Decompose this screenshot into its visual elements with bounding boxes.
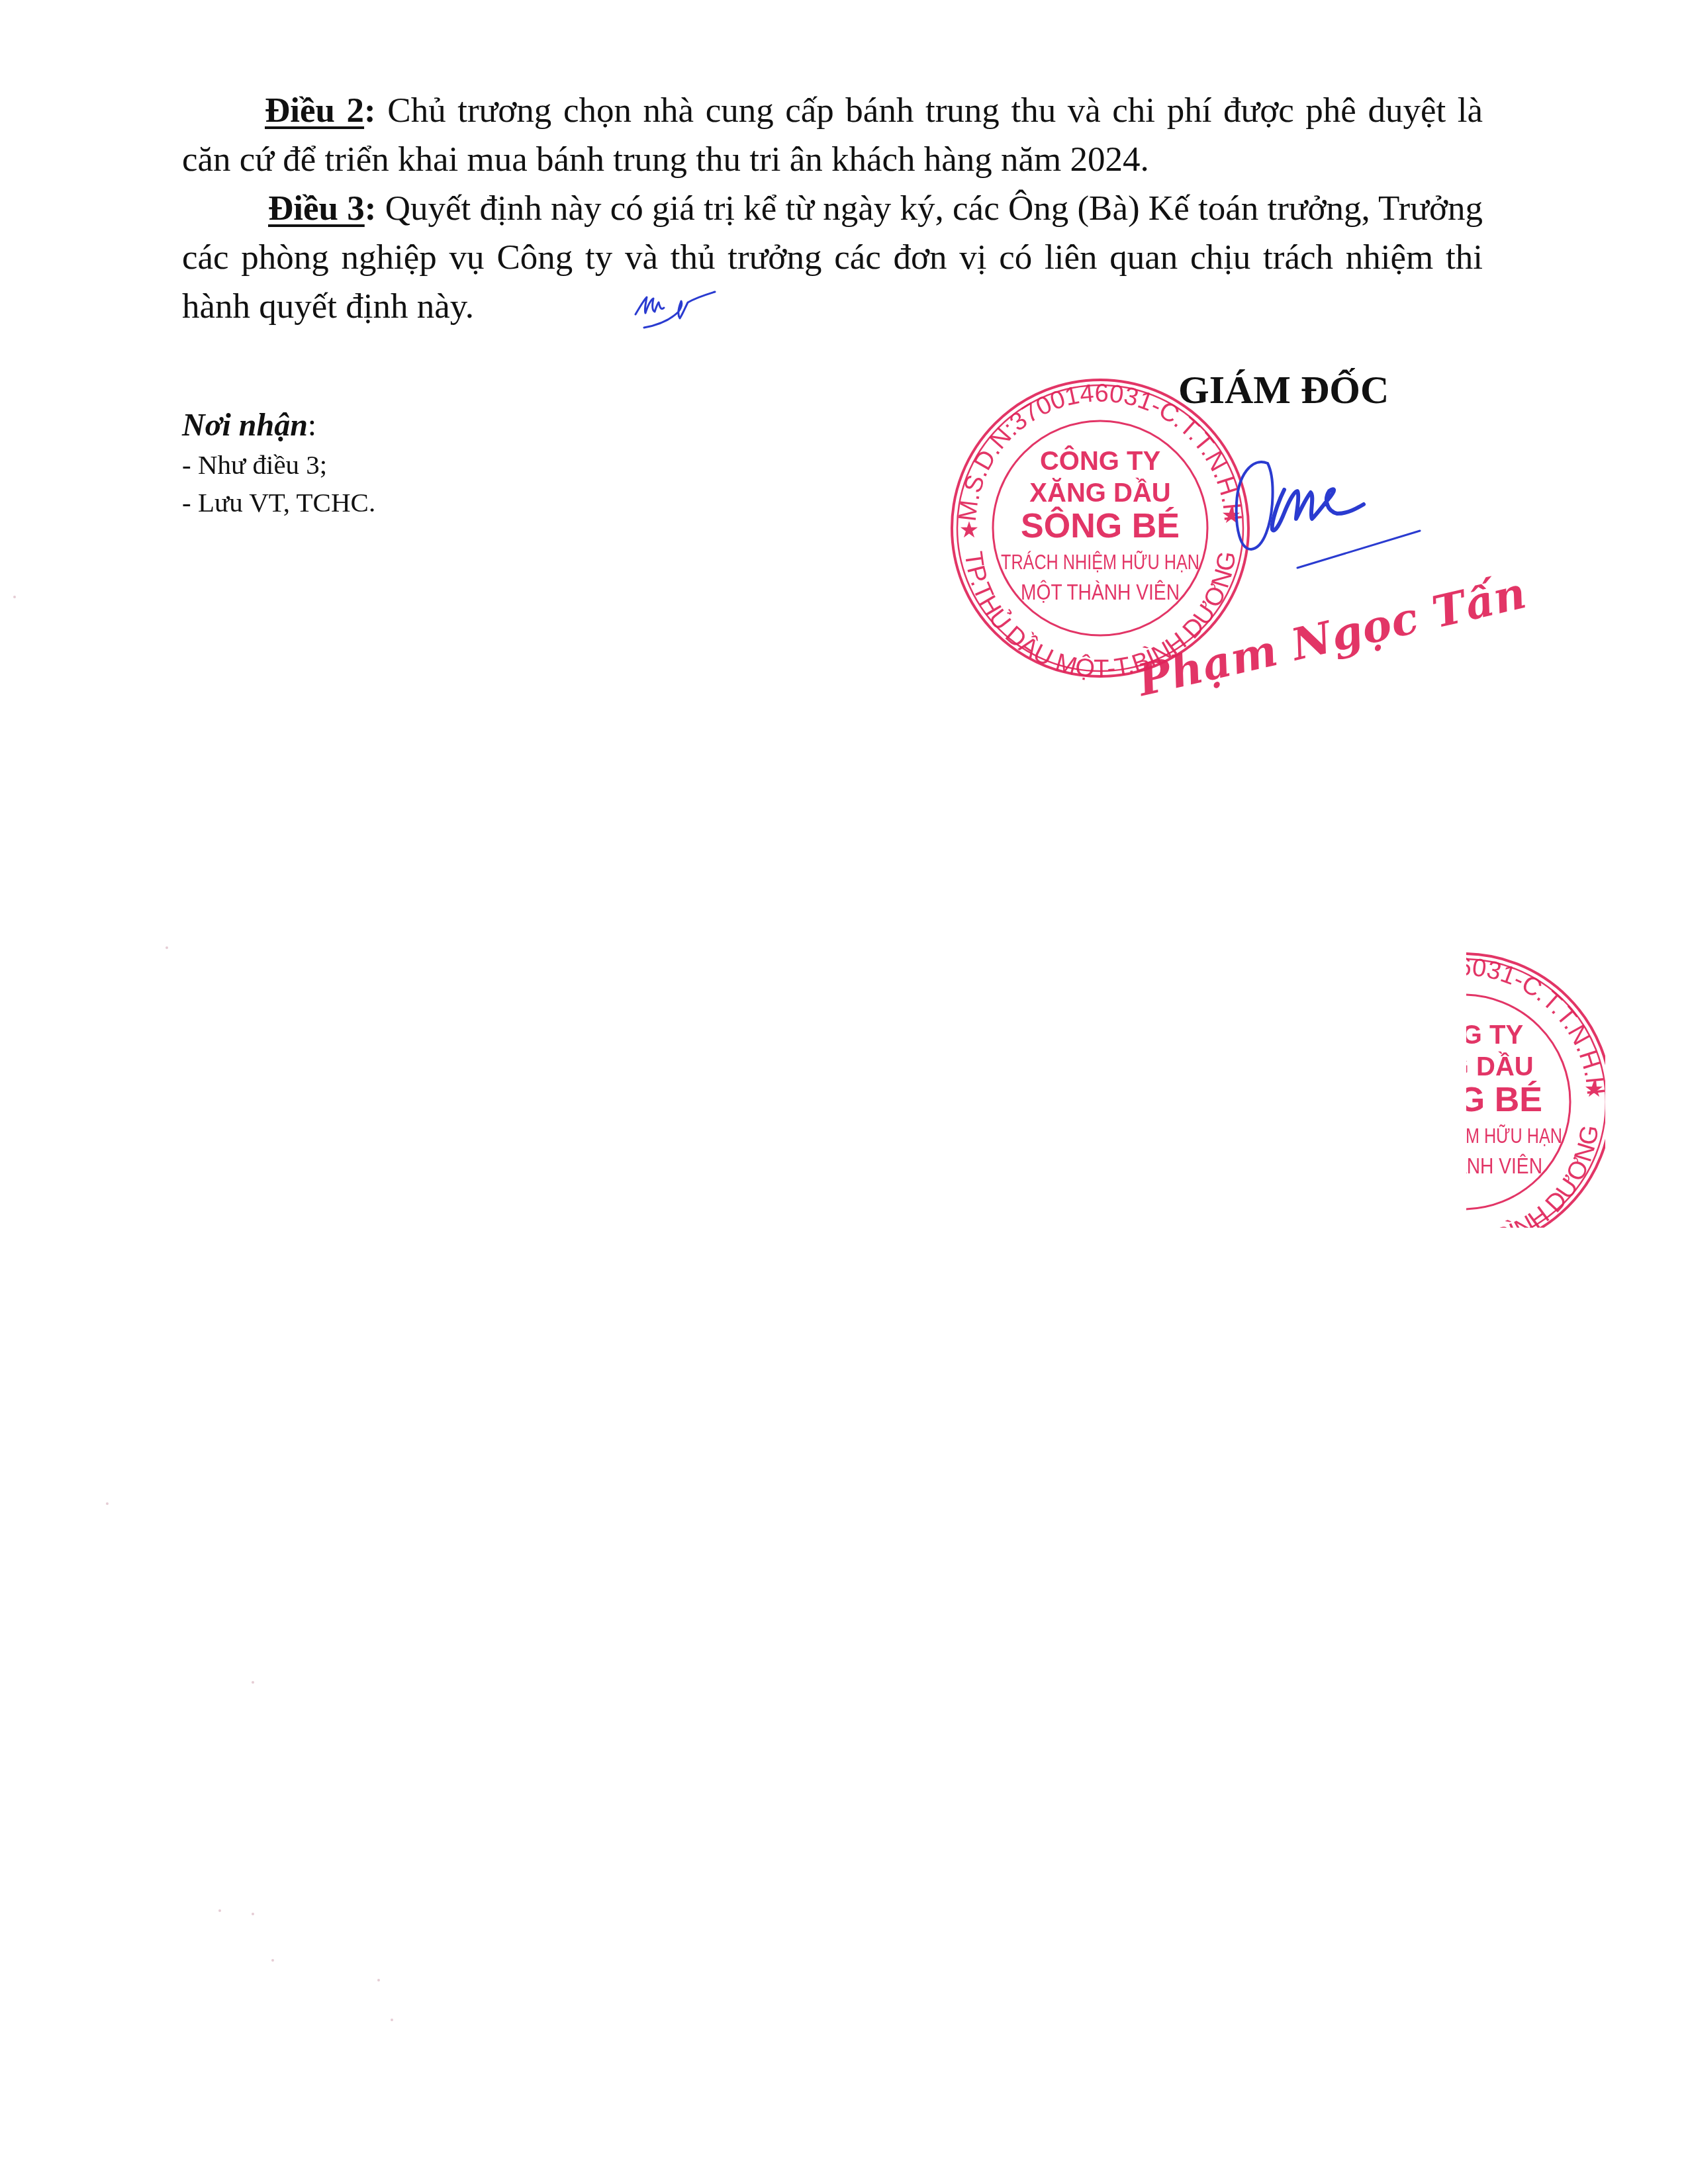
- scan-speck: [13, 596, 16, 598]
- article-3: Điều 3: Quyết định này có giá trị kể từ …: [182, 184, 1483, 331]
- svg-text:XĂNG DẦU: XĂNG DẦU: [1029, 477, 1170, 508]
- recipients-title: Nơi nhận:: [182, 405, 375, 446]
- article-3-label: Điều 3: [268, 189, 365, 228]
- recipients-block: Nơi nhận: - Như điều 3; - Lưu VT, TCHC.: [182, 405, 375, 522]
- director-signature: [1231, 450, 1423, 576]
- handwritten-initials: [632, 288, 728, 341]
- seam-stamp-partial: M.S.D.N:3700146031-C.T.T.N.H.H TP.THỦ DẦ…: [1466, 950, 1605, 1228]
- article-2-label: Điều 2: [265, 91, 364, 130]
- scan-speck: [377, 1979, 380, 1981]
- article-3-text: Quyết định này có giá trị kể từ ngày ký,…: [182, 189, 1483, 326]
- article-2: Điều 2: Chủ trương chọn nhà cung cấp bán…: [182, 86, 1483, 184]
- svg-text:TRÁCH NHIỆM HỮU HẠN: TRÁCH NHIỆM HỮU HẠN: [1466, 1124, 1562, 1148]
- svg-text:XĂNG DẦU: XĂNG DẦU: [1466, 1051, 1534, 1081]
- recipient-item: - Lưu VT, TCHC.: [182, 484, 375, 522]
- scan-speck: [271, 1959, 274, 1962]
- scan-speck: [106, 1502, 109, 1505]
- svg-text:MỘT THÀNH VIÊN: MỘT THÀNH VIÊN: [1466, 1154, 1542, 1178]
- svg-text:SÔNG BÉ: SÔNG BÉ: [1021, 506, 1180, 545]
- svg-text:MỘT THÀNH VIÊN: MỘT THÀNH VIÊN: [1021, 580, 1180, 604]
- scan-speck: [218, 1909, 221, 1912]
- svg-text:SÔNG BÉ: SÔNG BÉ: [1466, 1080, 1542, 1119]
- scan-speck: [252, 1913, 254, 1915]
- company-stamp: M.S.D.N:3700146031-C.T.T.N.H.H TP.THỦ DẦ…: [948, 376, 1252, 680]
- svg-text:TRÁCH NHIỆM HỮU HẠN: TRÁCH NHIỆM HỮU HẠN: [1001, 551, 1199, 574]
- svg-text:CÔNG TY: CÔNG TY: [1466, 1019, 1523, 1050]
- scan-speck: [165, 946, 168, 949]
- recipient-item: - Như điều 3;: [182, 446, 375, 484]
- scan-speck: [391, 2019, 393, 2021]
- scan-speck: [252, 1681, 254, 1684]
- svg-text:CÔNG TY: CÔNG TY: [1040, 445, 1161, 476]
- article-2-text: Chủ trương chọn nhà cung cấp bánh trung …: [182, 91, 1483, 179]
- article-2-separator: :: [364, 91, 376, 130]
- article-3-separator: :: [365, 189, 377, 228]
- svg-text:★: ★: [959, 517, 979, 543]
- svg-text:★: ★: [1584, 1076, 1604, 1103]
